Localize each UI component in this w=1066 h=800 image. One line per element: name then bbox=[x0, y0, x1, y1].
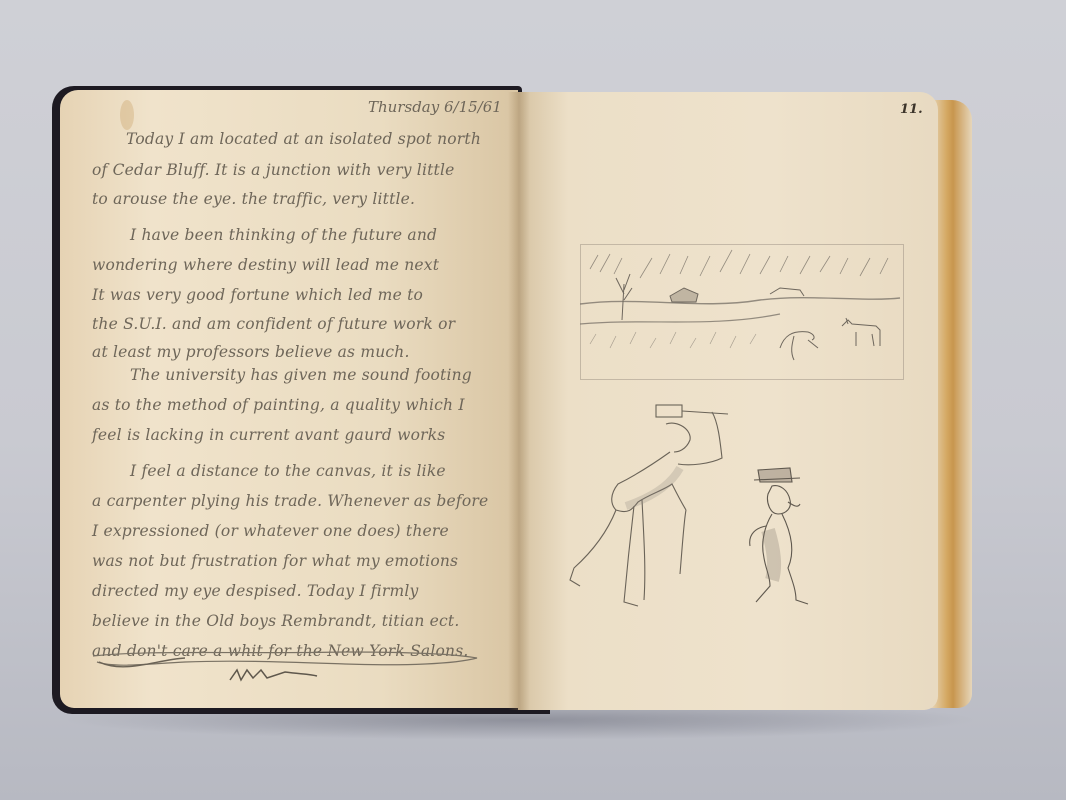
journal-line: of Cedar Bluff. It is a junction with ve… bbox=[92, 161, 492, 179]
landscape-sketch bbox=[580, 244, 902, 378]
page-number: 11. bbox=[900, 102, 923, 117]
journal-line: The university has given me sound footin… bbox=[130, 366, 530, 384]
journal-line: believe in the Old boys Rembrandt, titia… bbox=[92, 612, 492, 630]
journal-line: I have been thinking of the future and bbox=[130, 226, 530, 244]
journal-line: to arouse the eye. the traffic, very lit… bbox=[92, 190, 492, 208]
journal-line: as to the method of painting, a quality … bbox=[92, 396, 492, 414]
journal-line: the S.U.I. and am confident of future wo… bbox=[92, 315, 492, 333]
journal-line: It was very good fortune which led me to bbox=[92, 286, 492, 304]
book-gutter bbox=[508, 92, 530, 710]
journal-line: wondering where destiny will lead me nex… bbox=[92, 256, 492, 274]
journal-line: Today I am located at an isolated spot n… bbox=[126, 130, 526, 148]
paper-stain bbox=[120, 100, 134, 130]
journal-line: I expressioned (or whatever one does) th… bbox=[92, 522, 492, 540]
journal-line: at least my professors believe as much. bbox=[92, 343, 492, 361]
journal-line: directed my eye despised. Today I firmly bbox=[92, 582, 492, 600]
journal-line: was not but frustration for what my emot… bbox=[92, 552, 492, 570]
journal-date: Thursday 6/15/61 bbox=[368, 98, 502, 116]
journal-line: I feel a distance to the canvas, it is l… bbox=[130, 462, 530, 480]
journal-line: a carpenter plying his trade. Whenever a… bbox=[92, 492, 492, 510]
figure-sketches bbox=[560, 390, 840, 620]
divider-squiggle-icon bbox=[85, 640, 505, 700]
journal-line: feel is lacking in current avant gaurd w… bbox=[92, 426, 492, 444]
